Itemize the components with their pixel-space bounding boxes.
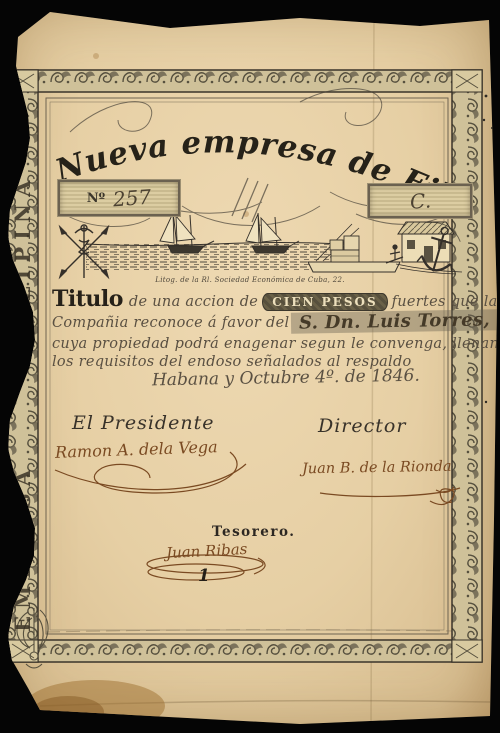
body-line-1: Titulode una accion deCIEN PESOSfuertes … (52, 286, 472, 312)
director-flourish (320, 488, 460, 496)
border-text-filipina: FILIPINA (10, 100, 35, 340)
body-line-1a: de una accion de (129, 294, 258, 310)
president-label: El Presidente (72, 412, 214, 434)
amount-value: CIEN PESOS (262, 293, 387, 311)
certificate-paper: Nueva empresa de Filipinas (0, 0, 500, 733)
body-line-3: cuya propiedad podrá enagenar segun le c… (52, 336, 472, 352)
sea (86, 244, 344, 270)
dock-figure (386, 245, 403, 263)
border-text-empresa: EMPRESA (10, 372, 35, 632)
treasurer-label: Tesorero. (212, 524, 295, 540)
harbor-vignette (60, 212, 464, 278)
series-value: C. (409, 188, 432, 213)
body-line-2a: Compañia reconoce á favor del (52, 315, 289, 331)
titulo-word: Titulo (52, 286, 123, 312)
lithographer-caption: Litog. de la Rl. Sociedad Económica de C… (152, 276, 348, 284)
stub-mark: 1 (198, 566, 210, 586)
director-signature: Juan B. de la Rionda (302, 459, 452, 478)
beneficiary-name: S. Dn. Luis Torres, (291, 309, 498, 334)
serial-number-box: Nº 257 (58, 180, 180, 216)
director-label: Director (318, 415, 406, 437)
body-line-2: Compañia reconoce á favor delS. Dn. Luis… (52, 311, 472, 332)
series-box: C. (368, 184, 472, 218)
body-line-1b: fuertes que la (392, 294, 498, 310)
number-label: Nº (87, 191, 105, 206)
number-value: 257 (112, 185, 152, 212)
